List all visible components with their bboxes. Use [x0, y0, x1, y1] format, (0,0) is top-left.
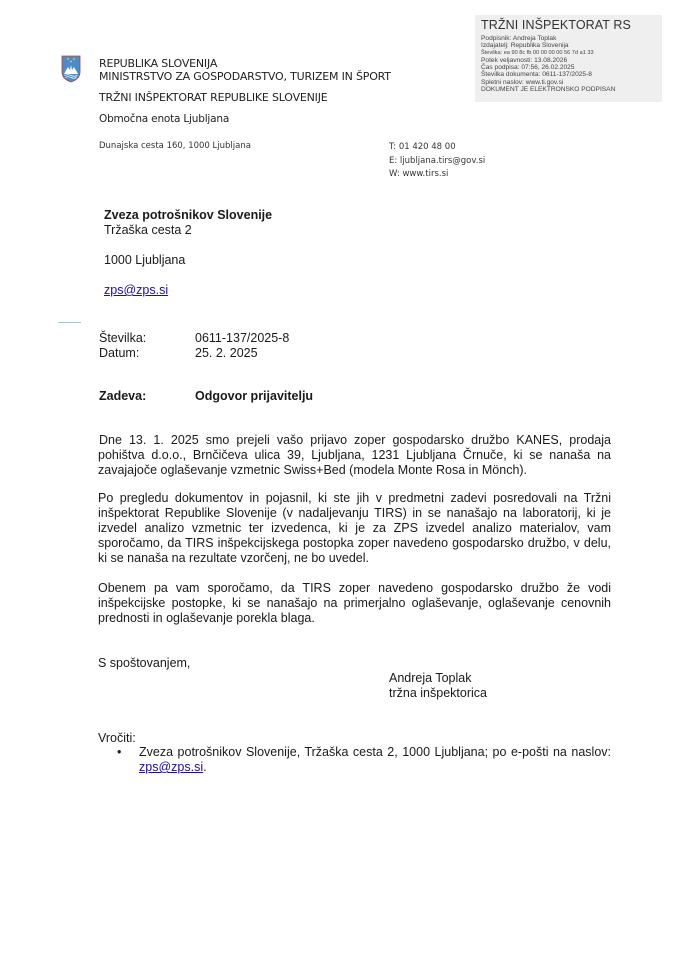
sender-contact: T: 01 420 48 00 E: ljubljana.tirs@gov.si… [389, 141, 485, 182]
stamp-signed-notice: DOKUMENT JE ELEKTRONSKO PODPISAN [481, 86, 657, 93]
delivery-label: Vročiti: [98, 731, 136, 745]
subject-line: Zadeva: Odgovor prijavitelju [99, 389, 313, 403]
sender-website: W: www.tirs.si [389, 168, 485, 182]
body-paragraph-1: Dne 13. 1. 2025 smo prejeli vašo prijavo… [98, 433, 611, 478]
recipient-email-link[interactable]: zps@zps.si [104, 283, 168, 297]
stamp-document-number: Številka dokumenta: 0611-137/2025-8 [481, 71, 657, 78]
letterhead-ministry: MINISTRSTVO ZA GOSPODARSTVO, TURIZEM IN … [99, 70, 391, 83]
recipient-name: Zveza potrošnikov Slovenije [104, 208, 272, 223]
recipient-street: Tržaška cesta 2 [104, 223, 272, 238]
subject-value: Odgovor prijavitelju [195, 389, 313, 403]
sender-email: E: ljubljana.tirs@gov.si [389, 155, 485, 169]
closing-salutation: S spoštovanjem, [98, 656, 190, 670]
recipient-city: 1000 Ljubljana [104, 253, 272, 268]
delivery-item-text: Zveza potrošnikov Slovenije, Tržaška ces… [139, 745, 611, 759]
letterhead-republic: REPUBLIKA SLOVENIJA [99, 57, 217, 70]
fold-mark [58, 322, 81, 323]
electronic-signature-stamp: TRŽNI INŠPEKTORAT RS Podpisnik: Andreja … [475, 15, 662, 102]
stamp-title: TRŽNI INŠPEKTORAT RS [481, 18, 657, 32]
sender-phone: T: 01 420 48 00 [389, 141, 485, 155]
letterhead-regional-unit: Območna enota Ljubljana [99, 113, 229, 125]
stamp-serial: Številka: ea 90 8c fb 00 00 00 00 56 7d … [481, 50, 657, 57]
date-label: Datum: [99, 346, 195, 361]
number-value: 0611-137/2025-8 [195, 331, 289, 346]
stamp-website: Spletni naslov: www.ti.gov.si [481, 79, 657, 86]
delivery-list: • Zveza potrošnikov Slovenije, Tržaška c… [98, 745, 611, 775]
signatory-title: tržna inšpektorica [389, 686, 487, 701]
date-value: 25. 2. 2025 [195, 346, 258, 361]
subject-label: Zadeva: [99, 389, 195, 403]
signatory-name: Andreja Toplak [389, 671, 487, 686]
letterhead-inspectorate: TRŽNI INŠPEKTORAT REPUBLIKE SLOVENIJE [99, 91, 328, 104]
bullet-icon: • [117, 745, 121, 760]
coat-of-arms-icon [61, 55, 81, 83]
delivery-email-link[interactable]: zps@zps.si [139, 760, 203, 774]
stamp-signer: Podpisnik: Andreja Toplak [481, 35, 657, 42]
body-paragraph-3: Obenem pa vam sporočamo, da TIRS zoper n… [98, 581, 611, 626]
stamp-issuer: Izdajatelj: Republika Slovenija [481, 42, 657, 49]
signature-block: Andreja Toplak tržna inšpektorica [389, 671, 487, 701]
body-paragraph-2: Po pregledu dokumentov in pojasnil, ki s… [98, 491, 611, 566]
document-meta: Številka: 0611-137/2025-8 Datum: 25. 2. … [99, 331, 289, 360]
delivery-item: • Zveza potrošnikov Slovenije, Tržaška c… [98, 745, 611, 775]
number-label: Številka: [99, 331, 195, 346]
sender-address: Dunajska cesta 160, 1000 Ljubljana [99, 141, 251, 151]
recipient-block: Zveza potrošnikov Slovenije Tržaška cest… [104, 208, 272, 298]
delivery-item-end: . [203, 760, 206, 774]
